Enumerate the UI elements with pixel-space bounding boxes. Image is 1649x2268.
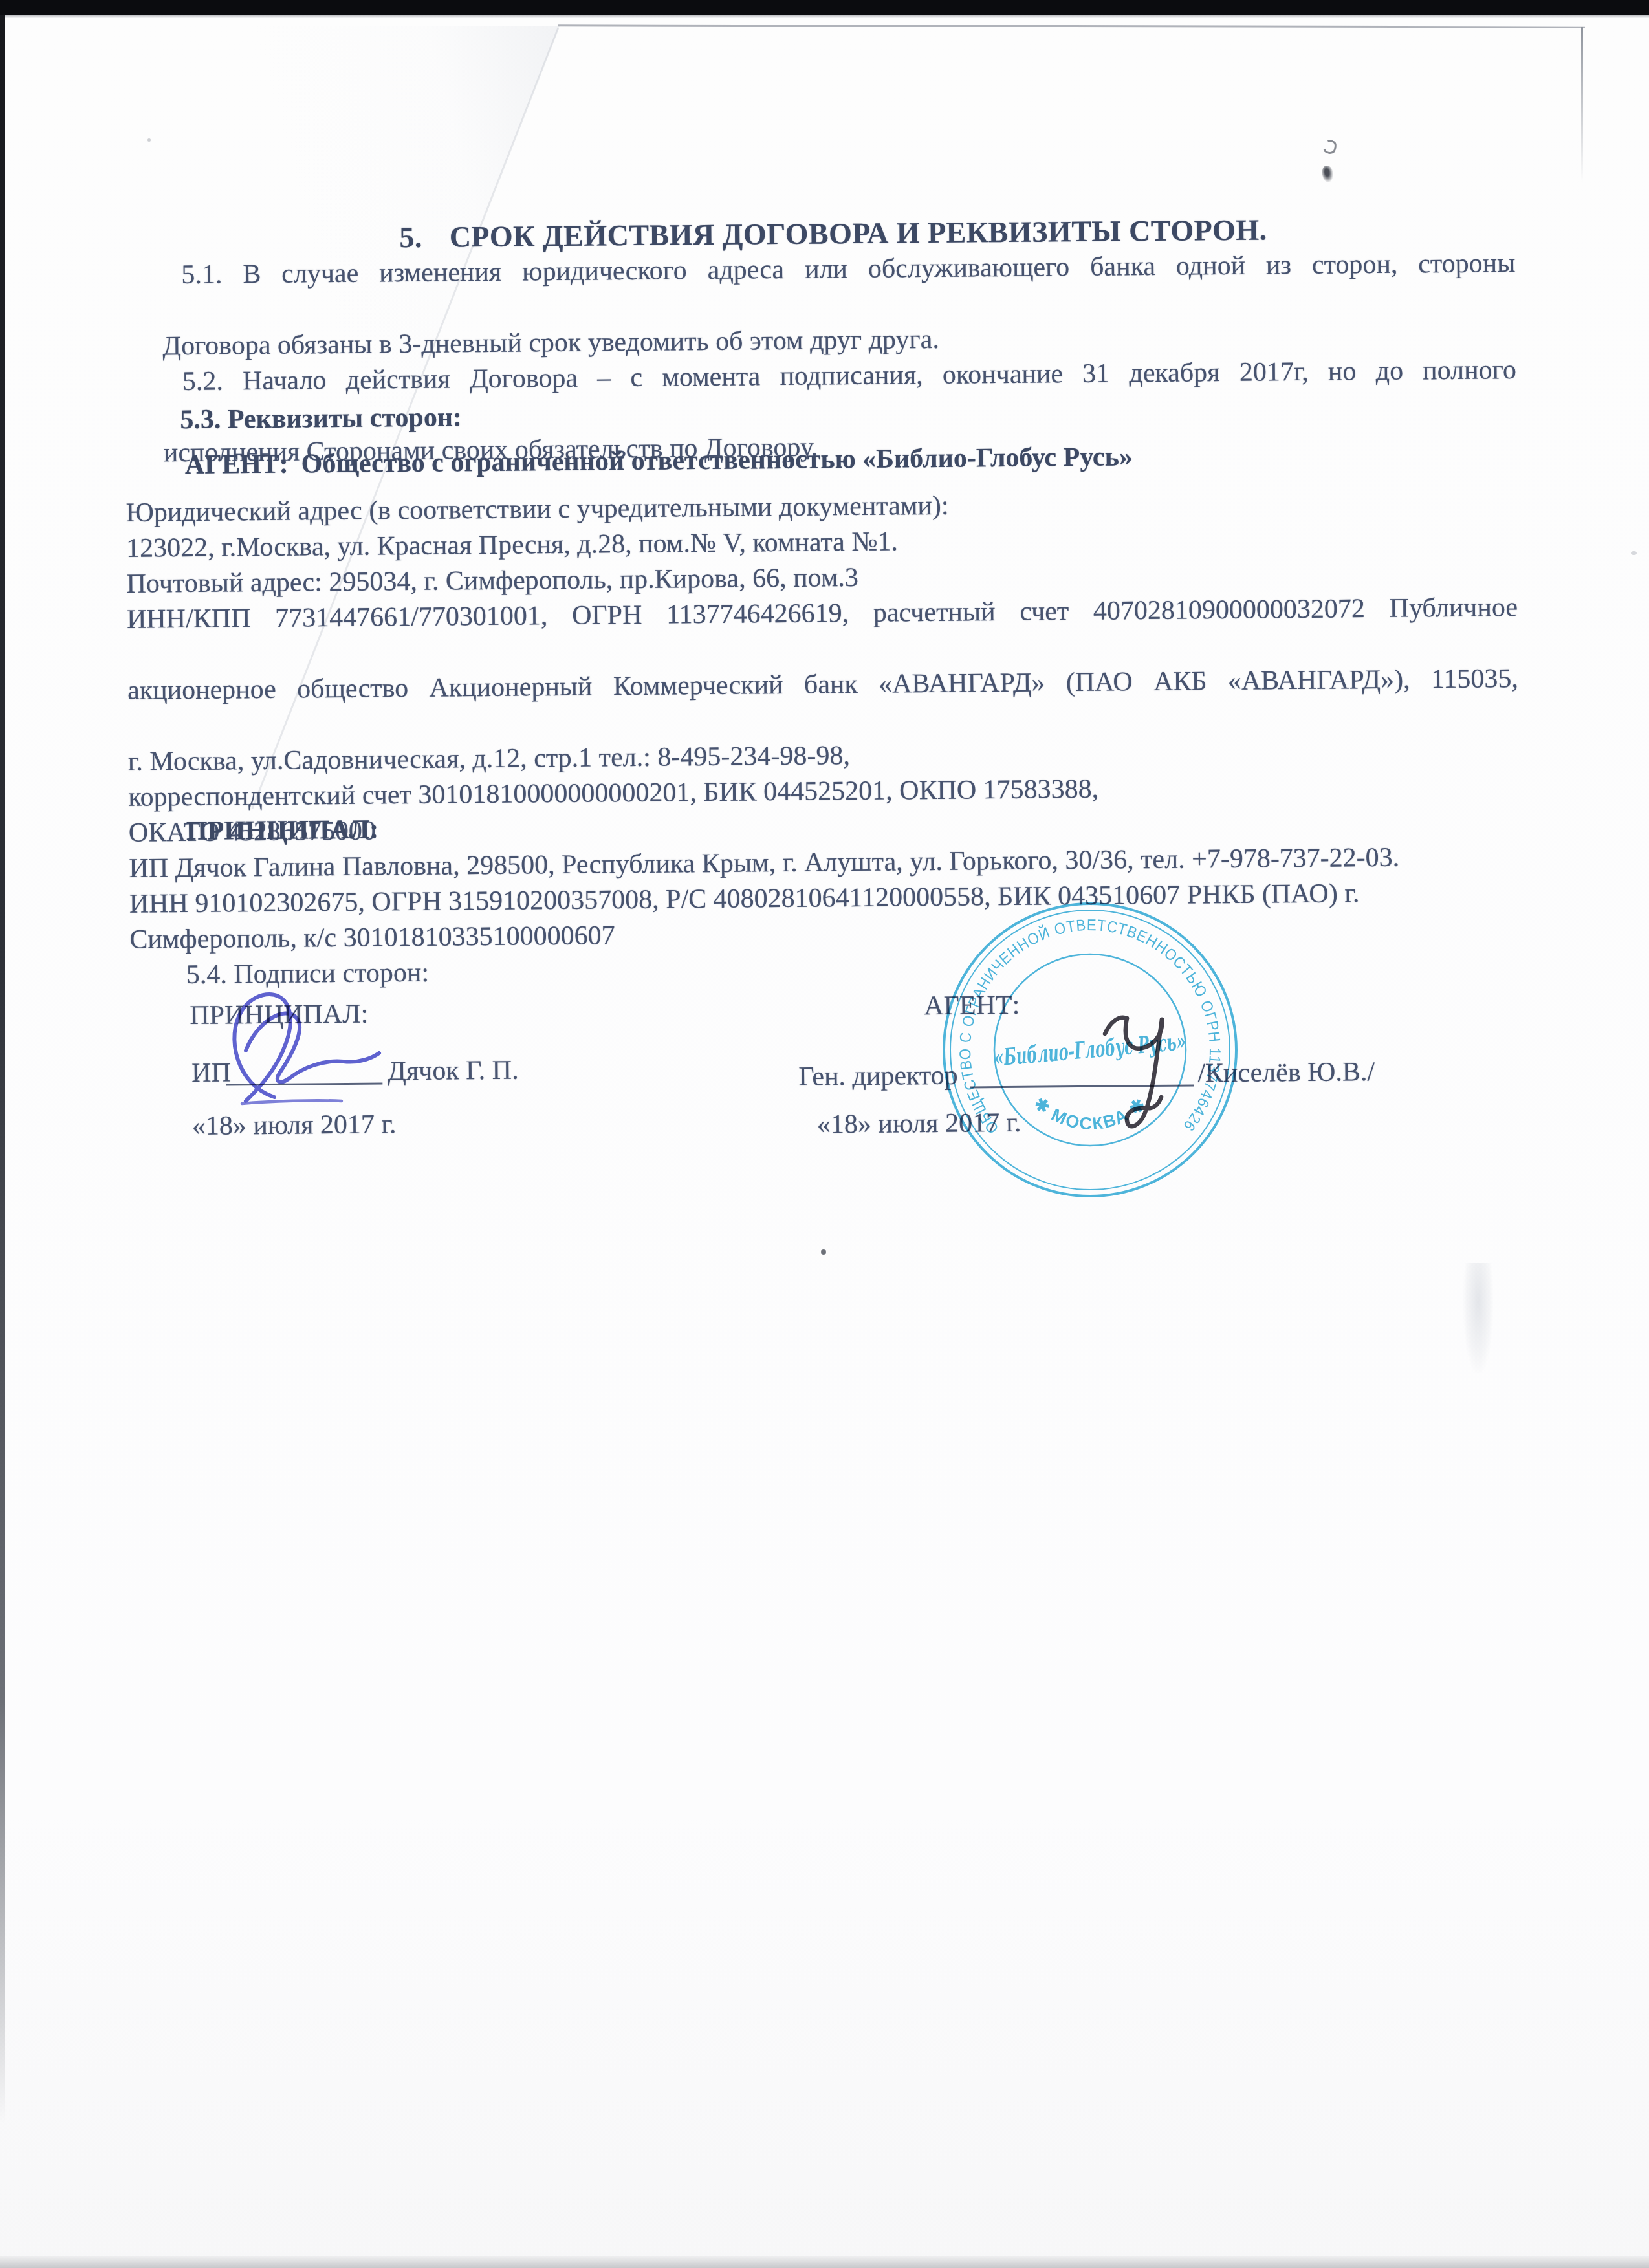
- document-content: 5.СРОК ДЕЙСТВИЯ ДОГОВОРА И РЕКВИЗИТЫ СТО…: [0, 0, 1649, 2268]
- requisites-heading: 5.3. Реквизиты сторон:: [180, 400, 462, 438]
- section-title-text: СРОК ДЕЙСТВИЯ ДОГОВОРА И РЕКВИЗИТЫ СТОРО…: [450, 213, 1267, 253]
- company-stamp: ОБЩЕСТВО С ОГРАНИЧЕННОЙ ОТВЕТСТВЕННОСТЬЮ…: [938, 898, 1242, 1202]
- section-number: 5.: [399, 221, 422, 254]
- agent-bank-line: акционерное общество Акционерный Коммерч…: [127, 661, 1519, 745]
- clauses-block: 5.1. В случае изменения юридического адр…: [162, 246, 1517, 471]
- agent-heading: АГЕНТ:Общество с ограниченной ответствен…: [185, 439, 1133, 483]
- principal-details: ИП Дячок Галина Павловна, 298500, Респуб…: [129, 839, 1523, 958]
- agent-details: Юридический адрес (в соответствии с учре…: [126, 483, 1520, 851]
- principal-signature-ink: [212, 981, 414, 1109]
- agent-signature-ink: [1095, 1009, 1193, 1142]
- agent-label: АГЕНТ:: [185, 450, 289, 480]
- signature-right-prefix: Ген. директор: [798, 1058, 958, 1095]
- clause-5-1-line-1: 5.1. В случае изменения юридического адр…: [162, 246, 1516, 329]
- agent-name: Общество с ограниченной ответственностью…: [301, 442, 1133, 479]
- scanned-contract-page: 5.СРОК ДЕЙСТВИЯ ДОГОВОРА И РЕКВИЗИТЫ СТО…: [0, 0, 1649, 2268]
- agent-inn-kpp-line: ИНН/КПП 7731447661/770301001, ОГРН 11377…: [127, 590, 1518, 673]
- signature-left-date: «18» июля 2017 г.: [192, 1107, 397, 1144]
- principal-heading: ПРИНЦИПАЛ:: [186, 812, 379, 849]
